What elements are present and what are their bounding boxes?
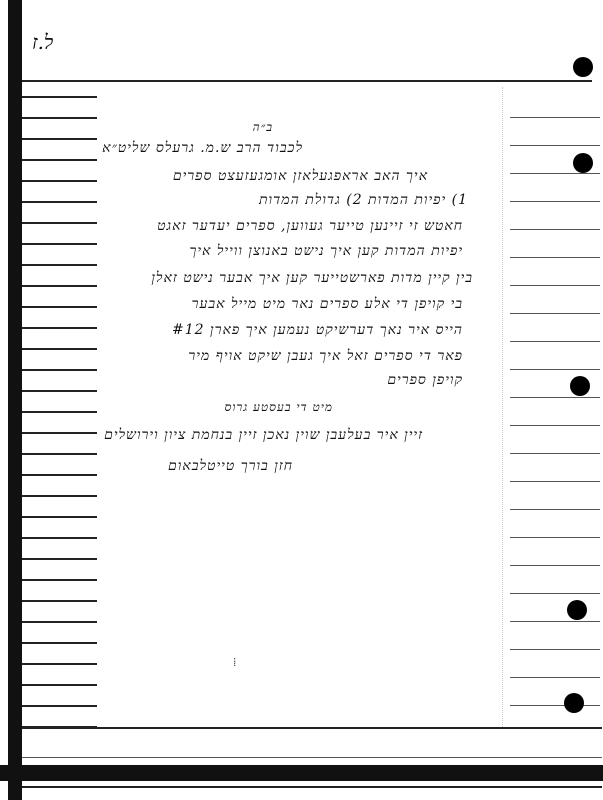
binding-edge xyxy=(8,0,22,800)
top-rule xyxy=(22,80,592,82)
letter-line-11: מיט די בעסטע גרוס xyxy=(225,400,333,415)
letter-line-5: יפיות המדות קען איך נישט באנוצן ווייל אי… xyxy=(189,243,463,260)
letter-line-3: 1) יפיות המדות 2) גדולת המדות xyxy=(259,192,468,209)
letter-line-13: חזן בורך טייטלבאום xyxy=(168,458,293,475)
punch-hole-4 xyxy=(567,600,587,620)
letter-line-6: בין קיין מדות פארשטייער קען איך אבער ניש… xyxy=(151,270,473,287)
bottom-rule-2 xyxy=(22,757,602,758)
bottom-rule-3 xyxy=(22,786,602,788)
bottom-scan-edge xyxy=(0,765,603,781)
letter-line-9: פאר די ספרים זאל איך געבן שיקט אויף מיר xyxy=(188,348,463,365)
punch-hole-3 xyxy=(570,376,590,396)
punch-hole-2 xyxy=(573,153,593,173)
letter-line-12: זיין איר בעלעבן שוין נאכן זיין בנחמת ציו… xyxy=(104,427,423,444)
letter-line-0: ב״ה xyxy=(253,120,273,135)
stray-mark: ⁞ xyxy=(233,655,236,670)
letter-line-7: בי קויפן די אלע ספרים נאר מיט מייל אבער xyxy=(192,296,463,313)
bottom-rule-1 xyxy=(22,727,602,729)
letter-line-4: חאטש זי זיינען טייער געווען, ספרים יעדער… xyxy=(157,218,463,235)
punch-hole-5 xyxy=(564,693,584,713)
letter-line-2: איך האב אראפגעלאזן אומגעזעצט ספרים xyxy=(173,168,428,185)
page-mark: ל.ז xyxy=(32,30,53,55)
letter-line-8: הייס איר נאך דערשיקט נעמען איך פארן #12 xyxy=(172,322,463,339)
letter-line-10: קויפן ספרים xyxy=(387,372,463,389)
punch-hole-1 xyxy=(573,57,593,77)
letter-line-1: לכבוד הרב ש.מ. גרעלס שליט״א xyxy=(102,140,303,157)
